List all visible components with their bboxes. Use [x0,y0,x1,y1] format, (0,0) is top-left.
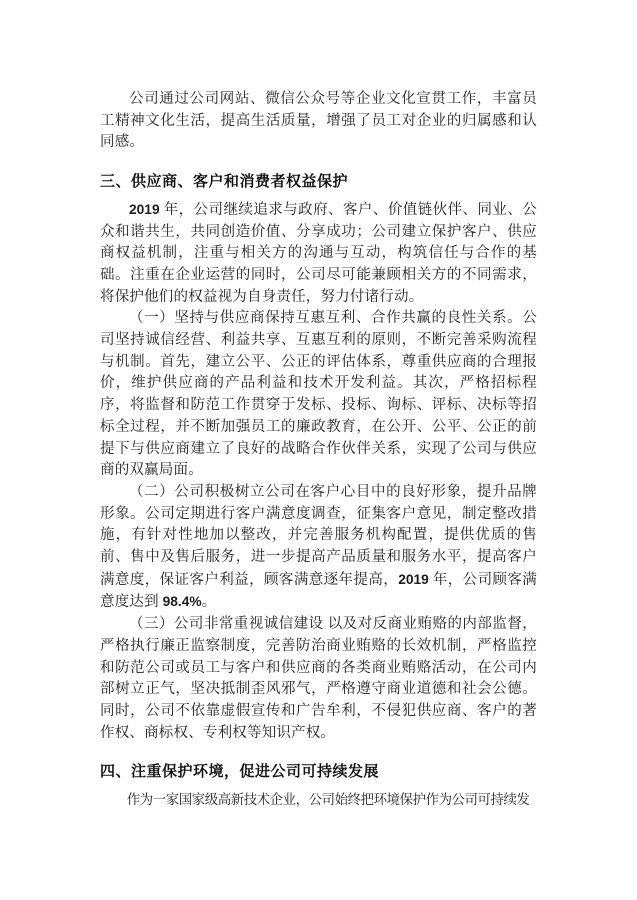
body-paragraph: 2019 年，公司继续追求与政府、客户、价值链伙伴、同业、公众和谐共生，共同创造… [100,199,537,309]
body-paragraph: （一）坚持与供应商保持互惠互利、合作共赢的良性关系。公司坚持诚信经营、利益共享、… [100,308,537,482]
numeric-value: 98.4% [163,594,202,609]
section-heading: 四、注重保护环境，促进公司可持续发展 [100,762,537,784]
numeric-value: 2019 [398,572,429,587]
body-paragraph: 公司通过公司网站、微信公众号等企业文化宣贯工作，丰富员工精神文化生活，提高生活质… [100,89,537,154]
numeric-value: 2019 [129,202,160,217]
section-heading: 三、供应商、客户和消费者权益保护 [100,172,537,194]
body-paragraph: 作为一家国家级高新技术企业，公司始终把环境保护作为公司可持续发 [100,789,537,811]
document-page: 公司通过公司网站、微信公众号等企业文化宣贯工作，丰富员工精神文化生活，提高生活质… [0,0,637,900]
body-paragraph: （三）公司非常重视诚信建设 以及对反商业贿赂的内部监督，严格执行廉正监察制度，完… [100,614,537,744]
body-paragraph: （二）公司积极树立公司在客户心目中的良好形象，提升品牌形象。公司定期进行客户满意… [100,482,537,614]
document-text-body: 公司通过公司网站、微信公众号等企业文化宣贯工作，丰富员工精神文化生活，提高生活质… [100,89,537,811]
